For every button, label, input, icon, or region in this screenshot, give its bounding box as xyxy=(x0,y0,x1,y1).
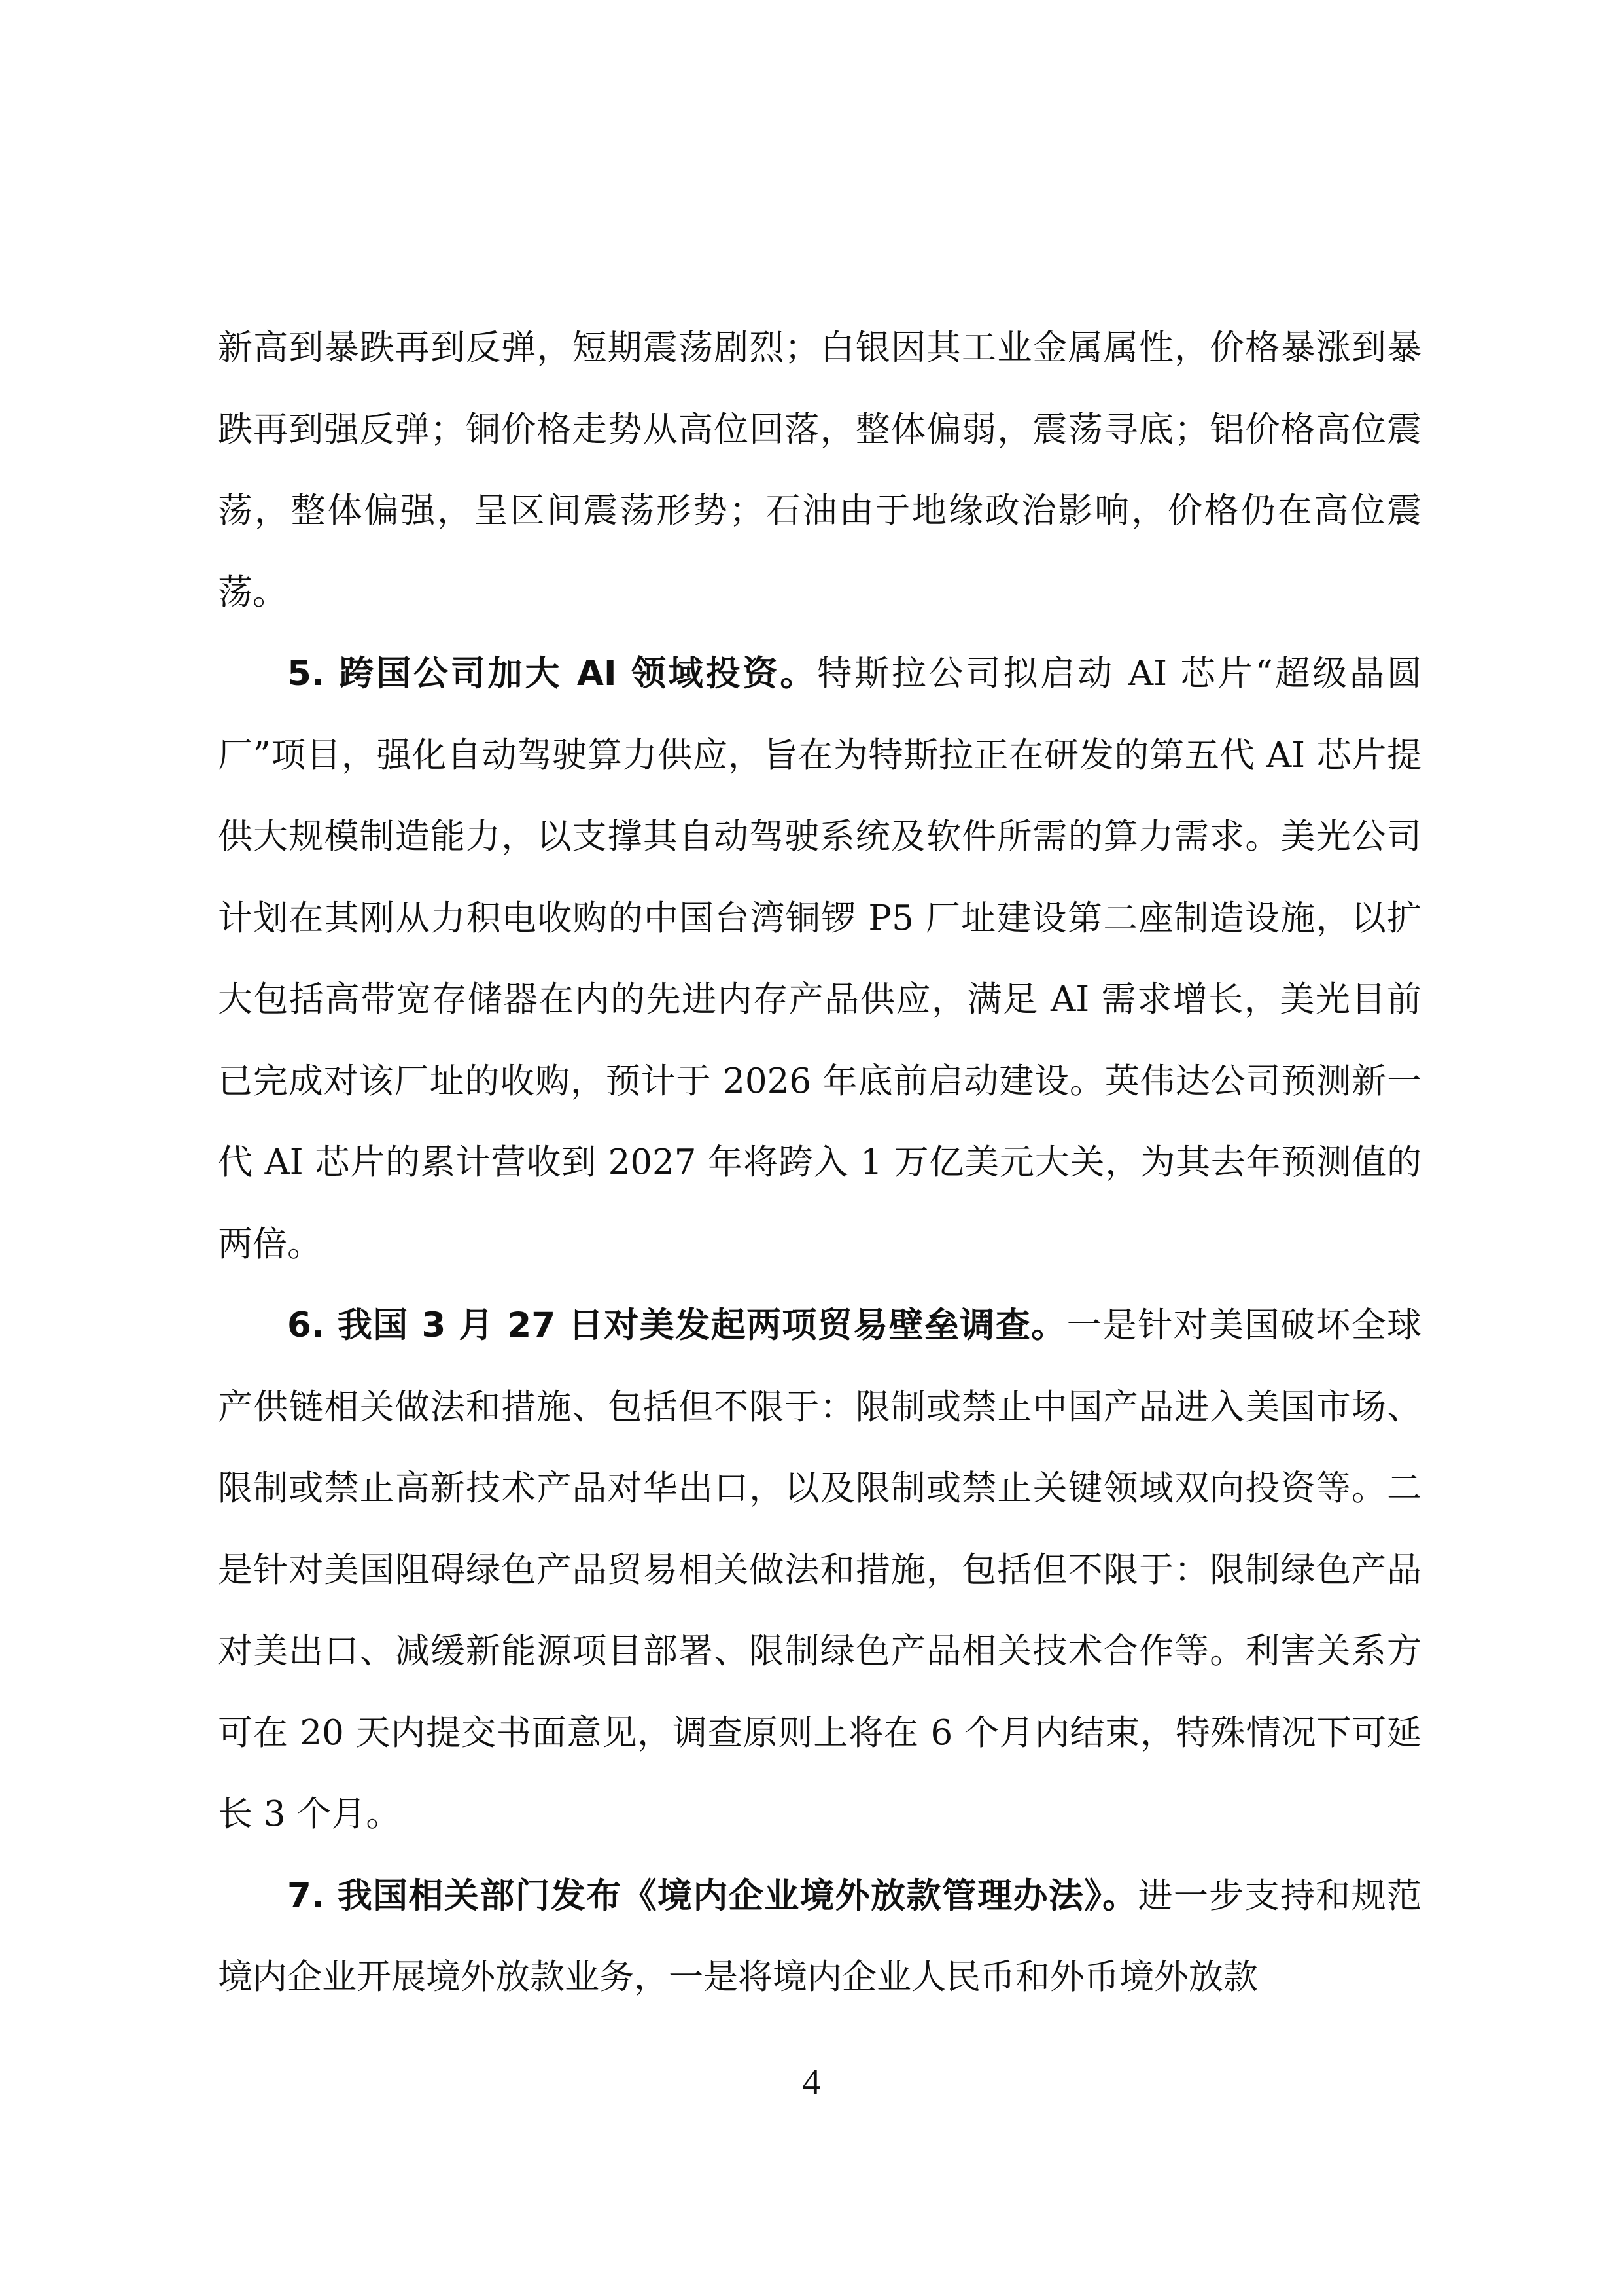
paragraph-5-ai-investment: 5. 跨国公司加大 AI 领域投资。特斯拉公司拟启动 AI 芯片“超级晶圆厂”项… xyxy=(218,633,1422,1285)
document-body: 新高到暴跌再到反弹，短期震荡剧烈；白银因其工业金属属性，价格暴涨到暴跌再到强反弹… xyxy=(218,308,1422,2019)
paragraph-6-trade-barrier-investigation: 6. 我国 3 月 27 日对美发起两项贸易壁垒调查。一是针对美国破坏全球产供链… xyxy=(218,1285,1422,1856)
paragraph-heading: 7. 我国相关部门发布《境内企业境外放款管理办法》。 xyxy=(287,1876,1138,1916)
paragraph-metals-continued: 新高到暴跌再到反弹，短期震荡剧烈；白银因其工业金属属性，价格暴涨到暴跌再到强反弹… xyxy=(218,308,1422,633)
paragraph-7-overseas-lending-rules: 7. 我国相关部门发布《境内企业境外放款管理办法》。进一步支持和规范境内企业开展… xyxy=(218,1856,1422,2019)
paragraph-text: 特斯拉公司拟启动 AI 芯片“超级晶圆厂”项目，强化自动驾驶算力供应，旨在为特斯… xyxy=(218,654,1422,1264)
paragraph-heading: 5. 跨国公司加大 AI 领域投资。 xyxy=(287,654,817,694)
page-number: 4 xyxy=(0,2061,1623,2103)
paragraph-text: 新高到暴跌再到反弹，短期震荡剧烈；白银因其工业金属属性，价格暴涨到暴跌再到强反弹… xyxy=(218,328,1422,612)
paragraph-text: 一是针对美国破坏全球产供链相关做法和措施、包括但不限于：限制或禁止中国产品进入美… xyxy=(218,1305,1422,1834)
paragraph-heading: 6. 我国 3 月 27 日对美发起两项贸易壁垒调查。 xyxy=(287,1305,1066,1345)
